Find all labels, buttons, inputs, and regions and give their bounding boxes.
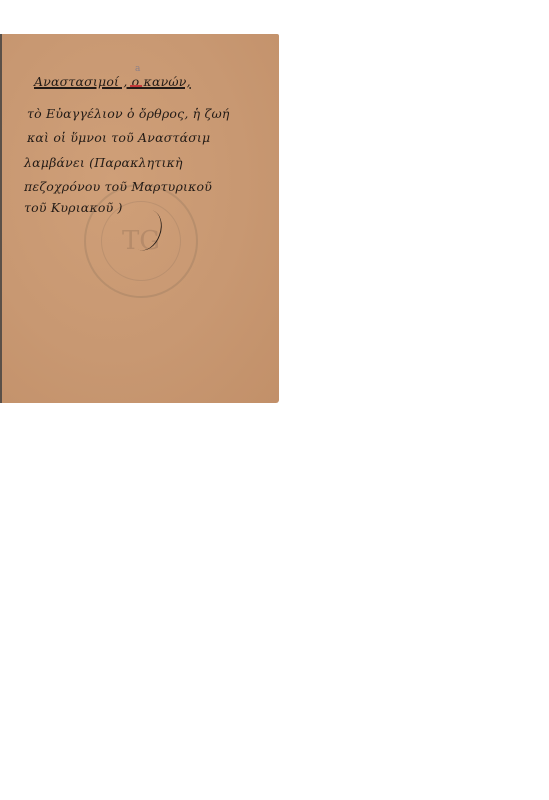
- text-line-6: τοῦ Κυριακοῦ ): [24, 200, 123, 215]
- text-line-4: λαμβάνει (Παρακλητικὴ: [24, 155, 183, 170]
- superscript-annotation: a: [135, 64, 140, 74]
- text-line-5: πεζοχρόνου τοῦ Μαρτυρικοῦ: [24, 179, 212, 194]
- text-line-3: καὶ οἱ ὕμνοι τοῦ Αναστάσιμ: [27, 130, 210, 145]
- text-line-2: τὸ Εὐαγγέλιον ὁ ὄρθρος, ἡ ζωή: [27, 106, 230, 121]
- red-correction-mark: [130, 85, 142, 87]
- handwritten-card: TG Αναστασιμοί , ο κανών, a τὸ Εὐαγγέλιο…: [0, 34, 279, 403]
- heading-line: Αναστασιμοί , ο κανών,: [34, 74, 191, 89]
